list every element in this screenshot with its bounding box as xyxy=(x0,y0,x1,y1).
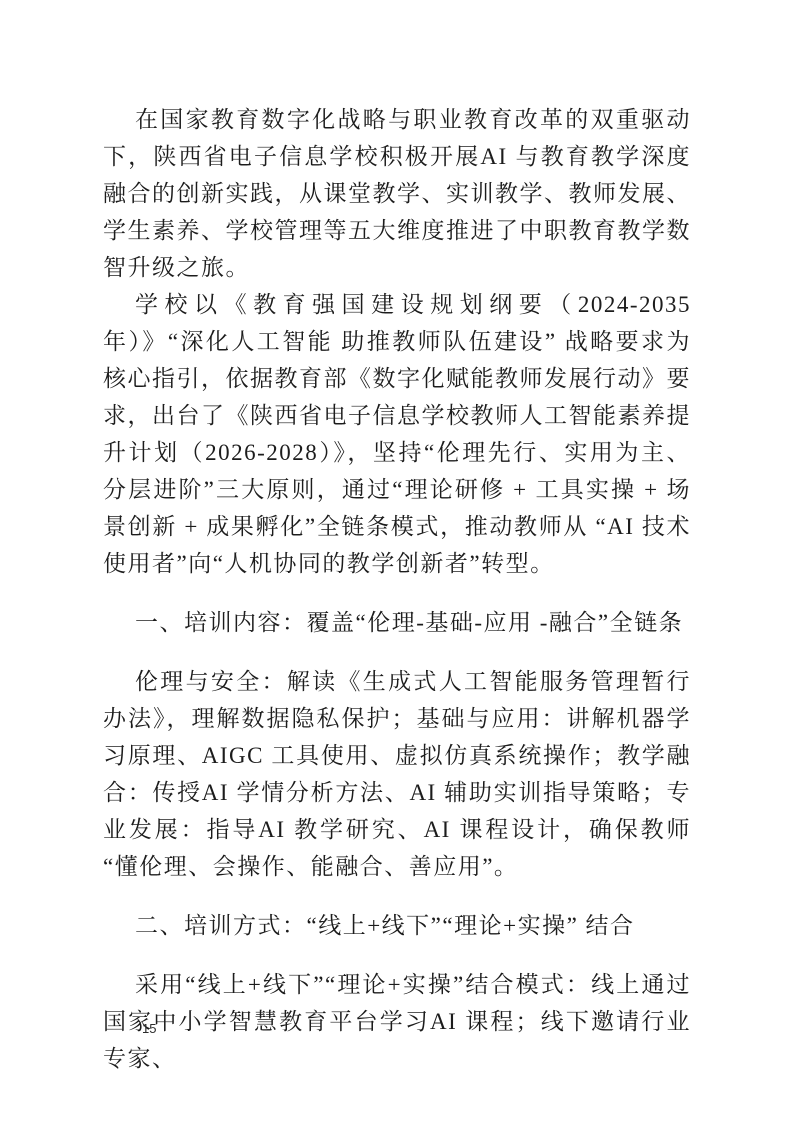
page-number: 15 xyxy=(142,1021,156,1036)
document-page: 在国家教育数字化战略与职业教育改革的双重驱动下，陕西省电子信息学校积极开展AI … xyxy=(0,0,794,1123)
body-paragraph-3: 伦理与安全：解读《生成式人工智能服务管理暂行办法》，理解数据隐私保护；基础与应用… xyxy=(103,663,691,885)
body-paragraph-1: 在国家教育数字化战略与职业教育改革的双重驱动下，陕西省电子信息学校积极开展AI … xyxy=(103,101,691,286)
section-heading-2: 二、培训方式：“线上+线下”“理论+实操” 结合 xyxy=(103,907,691,944)
body-paragraph-4: 采用“线上+线下”“理论+实操”结合模式：线上通过国家中小学智慧教育平台学习AI… xyxy=(103,966,691,1077)
body-paragraph-2: 学校以《教育强国建设规划纲要（2024-2035 年）》“深化人工智能 助推教师… xyxy=(103,286,691,582)
document-body: 在国家教育数字化战略与职业教育改革的双重驱动下，陕西省电子信息学校积极开展AI … xyxy=(103,101,691,1077)
section-heading-1: 一、培训内容：覆盖“伦理-基础-应用 -融合”全链条 xyxy=(103,604,691,641)
